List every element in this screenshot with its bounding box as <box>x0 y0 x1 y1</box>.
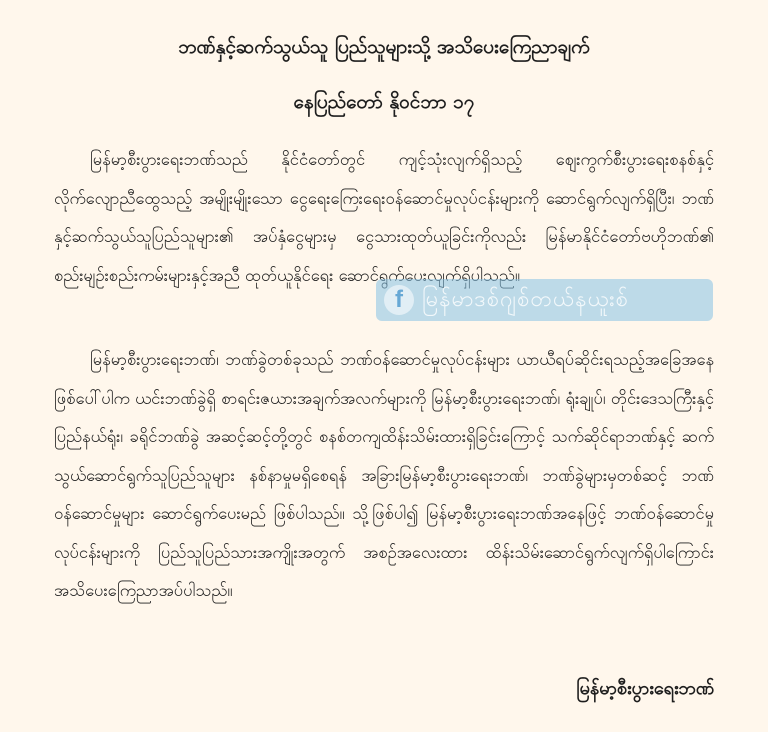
dateline: နေပြည်တော် နိုဝင်ဘာ ၁၇ <box>0 85 768 119</box>
paragraph-1: မြန်မာ့စီးပွားရေးဘဏ်သည် နိုင်ငံတော်တွင် … <box>54 141 714 295</box>
paragraph-2: မြန်မာ့စီးပွားရေးဘဏ်၊ ဘဏ်ခွဲတစ်ခုသည် ဘဏ်… <box>54 341 714 611</box>
announcement-title: ဘဏ်နှင့်ဆက်သွယ်သူ ပြည်သူများသို့ အသိပေးက… <box>0 30 768 64</box>
signature: မြန်မာ့စီးပွားရေးဘဏ် <box>577 673 714 705</box>
document-page: ဘဏ်နှင့်ဆက်သွယ်သူ ပြည်သူများသို့ အသိပေးက… <box>0 0 768 732</box>
